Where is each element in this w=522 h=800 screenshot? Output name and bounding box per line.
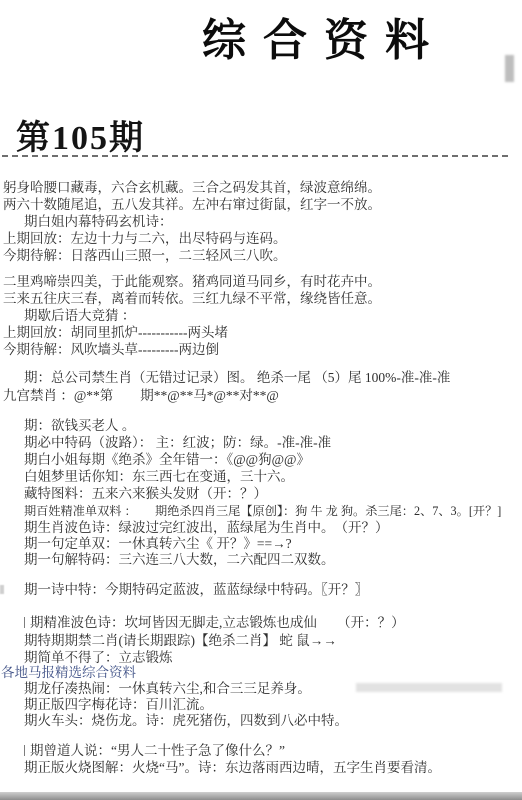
text-line: 白姐梦里话你知：东三西七在变通，三十六。: [24, 469, 294, 485]
text-line: 二里鸡啼崇四美，于此能观察。猪鸡同道马同乡，有时花卉中。: [3, 274, 381, 290]
text-line: 期白姐内幕特码玄机诗：: [24, 214, 173, 230]
issue-number: 第105期: [16, 110, 145, 159]
scan-artifact-smudge: [356, 683, 502, 692]
text-line: 藏特图料：五来六来猴头发财（开：？）: [24, 486, 267, 502]
scan-artifact-right-edge: [505, 55, 514, 82]
text-line: 上期回放：左边十力与二六，出尽特码与连码。: [3, 231, 287, 247]
text-line: 期龙仔凑热闹：一休真转六尘,和合三三足养身。: [24, 681, 311, 697]
text-line: 期正版火烧图解：火烧“马”。诗：东边落雨西边晴，五字生肖要看清。: [24, 760, 441, 776]
text-line: 两六十数随尾追，五八发其祥。左冲右窜过街鼠，红字一不放。: [3, 197, 381, 213]
text-line: 九宫禁肖 ：@**第 期**@**马*@**对**@: [3, 388, 279, 404]
text-line: 期正版四字梅花诗：百川汇流。: [24, 697, 213, 713]
document-page: 综合资料 第105期 躬身哈腰口藏毒，六合玄机藏。三合之码发其首，绿波意绵绵。两…: [0, 0, 522, 800]
page-title: 综合资料: [202, 4, 446, 68]
scan-artifact-bottom-band: [0, 792, 522, 800]
text-line: 三来五往庆三春，离着而转依。三红九绿不平常，缘绕皆任意。: [3, 291, 381, 307]
text-line: 期一句解特码：三六连三八大数，二六配四二双数。: [24, 552, 335, 568]
text-line: 期曾道人说：“男人二十性子急了像什么？”: [24, 743, 285, 759]
text-line: 期精准波色诗：坎坷皆因无脚走,立志锻炼也成仙 （开：？）: [24, 615, 405, 631]
text-line: 期一诗中特：今期特码定蓝波，蓝蓝绿绿中特码。〖开？〗: [24, 582, 368, 598]
text-line: 上期回放：胡同里抓炉-----------两头堵: [3, 325, 228, 341]
text-line: 躬身哈腰口藏毒，六合玄机藏。三合之码发其首，绿波意绵绵。: [3, 180, 381, 196]
scan-artifact-left-dot: [0, 585, 4, 594]
text-line: 期白小姐每期《绝杀》全年错一：《@@狗@@》: [24, 452, 310, 468]
text-line: 期特期期禁二肖(请长期跟踪)【绝杀二肖】 蛇 鼠→→: [24, 633, 337, 649]
dashed-divider: [2, 155, 508, 157]
text-line: 期歇后语大竞猜 ：: [24, 308, 135, 324]
text-line: 期：总公司禁生肖（无错过记录）图。 绝杀一尾 （5）尾 100%-准-准-准: [24, 370, 450, 386]
text-line: 期生肖波色诗：绿波过完红波出，蓝绿尾为生肖中。 （开？）: [24, 520, 389, 536]
text-line: 期：欲钱买老人 。: [24, 418, 135, 434]
text-line: 期百姓精准单双料 ： 期绝杀四肖三尾【原创】：狗 牛 龙 狗。杀三尾：2、7、3…: [24, 503, 501, 519]
text-line: 今期待解：风吹墙头草---------两边倒: [3, 342, 219, 358]
text-line: 今期待解：日落西山三照一，二三轻风三八吹。: [3, 248, 287, 264]
text-line: 期必中特码（波路）： 主：红波；防：绿。-准-准-准: [24, 435, 331, 451]
text-line: 期简单不得了：立志锻炼: [24, 650, 173, 666]
section-heading: 各地马报精选综合资料: [1, 665, 136, 681]
text-line: 期一句定单双：一休真转六尘《 开？》==→?: [24, 536, 292, 552]
text-line: 期火车头：烧伤龙。诗：虎死猪伤，四数到八必中特。: [24, 713, 348, 729]
